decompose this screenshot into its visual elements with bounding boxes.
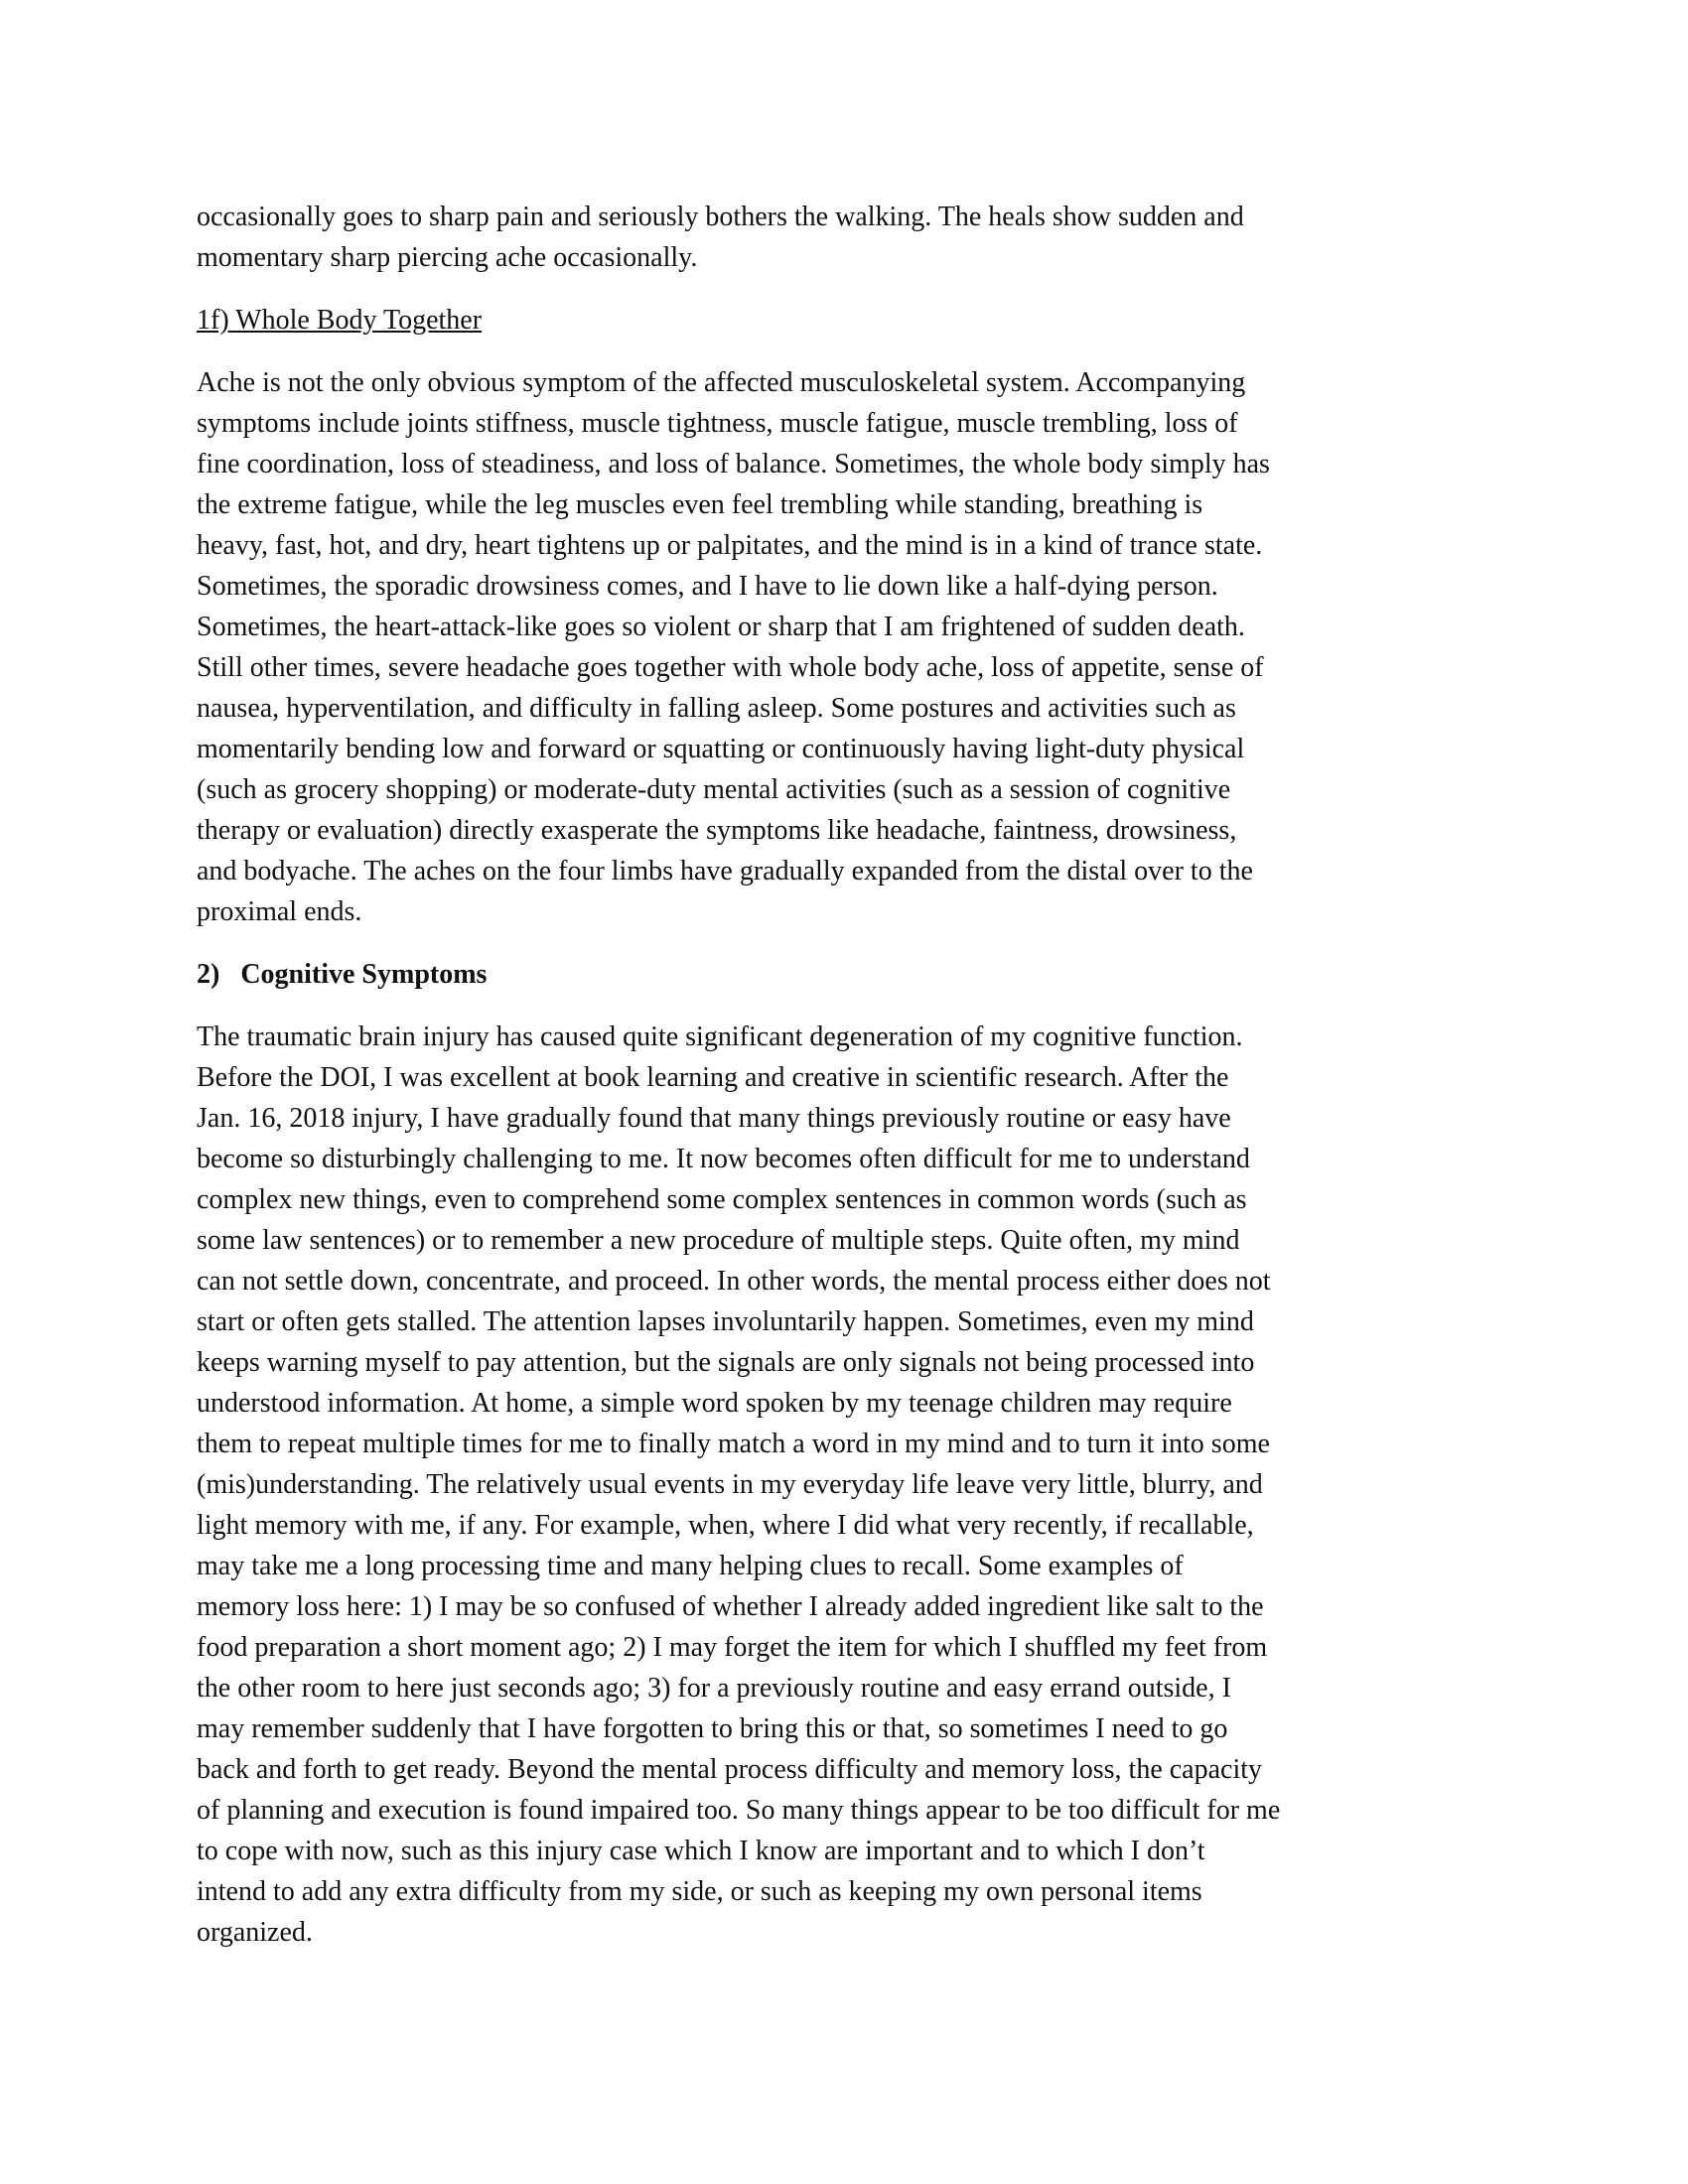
text-line: may remember suddenly that I have forgot…	[197, 1708, 1507, 1749]
text-line: light memory with me, if any. For exampl…	[197, 1505, 1507, 1546]
text-line: some law sentences) or to remember a new…	[197, 1220, 1507, 1261]
document-page: occasionally goes to sharp pain and seri…	[197, 197, 1507, 1953]
text-line: Sometimes, the heart-attack-like goes so…	[197, 607, 1507, 647]
text-line: symptoms include joints stiffness, muscl…	[197, 403, 1507, 444]
text-line: to cope with now, such as this injury ca…	[197, 1831, 1507, 1871]
text-line: intend to add any extra difficulty from …	[197, 1871, 1507, 1912]
text-line: may take me a long processing time and m…	[197, 1546, 1507, 1586]
text-line: start or often gets stalled. The attenti…	[197, 1301, 1507, 1342]
text-line: food preparation a short moment ago; 2) …	[197, 1627, 1507, 1668]
text-line: fine coordination, loss of steadiness, a…	[197, 444, 1507, 484]
text-line: occasionally goes to sharp pain and seri…	[197, 197, 1507, 237]
text-line: momentary sharp piercing ache occasional…	[197, 237, 1507, 278]
text-line: the extreme fatigue, while the leg muscl…	[197, 484, 1507, 525]
text-line: The traumatic brain injury has caused qu…	[197, 1017, 1507, 1057]
section-heading-1f: 1f) Whole Body Together	[197, 300, 1507, 341]
text-line: understood information. At home, a simpl…	[197, 1383, 1507, 1424]
paragraph-2: The traumatic brain injury has caused qu…	[197, 1017, 1507, 1953]
paragraph-1f: Ache is not the only obvious symptom of …	[197, 362, 1507, 932]
text-line: keeps warning myself to pay attention, b…	[197, 1342, 1507, 1383]
text-line: Ache is not the only obvious symptom of …	[197, 362, 1507, 403]
text-line: become so disturbingly challenging to me…	[197, 1139, 1507, 1179]
text-line: (mis)understanding. The relatively usual…	[197, 1464, 1507, 1505]
text-line: Jan. 16, 2018 injury, I have gradually f…	[197, 1098, 1507, 1139]
text-line: and bodyache. The aches on the four limb…	[197, 851, 1507, 891]
text-line: of planning and execution is found impai…	[197, 1790, 1507, 1831]
text-line: can not settle down, concentrate, and pr…	[197, 1261, 1507, 1301]
text-line: proximal ends.	[197, 891, 1507, 932]
text-line: the other room to here just seconds ago;…	[197, 1668, 1507, 1708]
text-line: Before the DOI, I was excellent at book …	[197, 1057, 1507, 1098]
text-line: Sometimes, the sporadic drowsiness comes…	[197, 566, 1507, 607]
text-line: Still other times, severe headache goes …	[197, 647, 1507, 688]
text-line: organized.	[197, 1912, 1507, 1953]
text-line: momentarily bending low and forward or s…	[197, 729, 1507, 769]
text-line: them to repeat multiple times for me to …	[197, 1424, 1507, 1464]
intro-paragraph: occasionally goes to sharp pain and seri…	[197, 197, 1507, 278]
section-heading-2: 2) Cognitive Symptoms	[197, 954, 1507, 995]
text-line: heavy, fast, hot, and dry, heart tighten…	[197, 525, 1507, 566]
text-line: (such as grocery shopping) or moderate-d…	[197, 769, 1507, 810]
text-line: nausea, hyperventilation, and difficulty…	[197, 688, 1507, 729]
text-line: complex new things, even to comprehend s…	[197, 1179, 1507, 1220]
text-line: back and forth to get ready. Beyond the …	[197, 1749, 1507, 1790]
text-line: therapy or evaluation) directly exaspera…	[197, 810, 1507, 851]
text-line: memory loss here: 1) I may be so confuse…	[197, 1586, 1507, 1627]
